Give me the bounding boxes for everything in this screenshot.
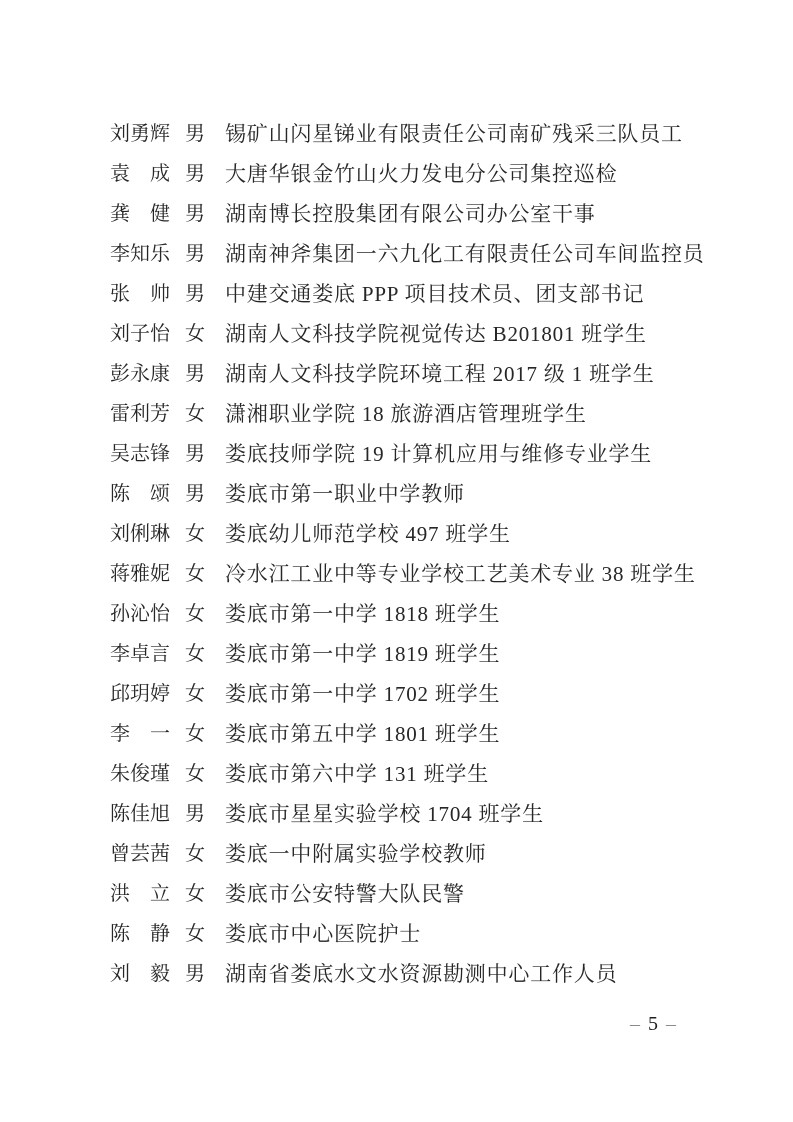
document-page: 刘勇辉 男 锡矿山闪星锑业有限责任公司南矿残采三队员工 袁 成 男 大唐华银金竹… [0,0,793,1122]
table-row: 龚 健 男 湖南博长控股集团有限公司办公室干事 [110,203,793,243]
person-gender: 男 [185,163,225,186]
page-number-left-dash: – [630,1013,640,1035]
person-description: 锡矿山闪星锑业有限责任公司南矿残采三队员工 [225,123,683,146]
person-description: 湖南博长控股集团有限公司办公室干事 [225,203,596,226]
person-name: 邱玥婷 [110,683,185,706]
person-gender: 女 [185,523,225,546]
person-gender: 女 [185,323,225,346]
page-number-right-dash: – [666,1013,676,1035]
table-row: 张 帅 男 中建交通娄底 PPP 项目技术员、团支部书记 [110,283,793,323]
person-gender: 女 [185,763,225,786]
person-name: 孙沁怡 [110,603,185,626]
person-name: 刘勇辉 [110,123,185,146]
person-gender: 男 [185,283,225,306]
page-number-value: 5 [648,1013,658,1035]
table-row: 袁 成 男 大唐华银金竹山火力发电分公司集控巡检 [110,163,793,203]
person-description: 娄底市第一中学 1819 班学生 [225,643,500,666]
person-description: 娄底市中心医院护士 [225,923,421,946]
person-name: 彭永康 [110,363,185,386]
person-description: 娄底市第一职业中学教师 [225,483,465,506]
person-name: 刘 毅 [110,963,185,986]
person-description: 娄底技师学院 19 计算机应用与维修专业学生 [225,443,652,466]
table-row: 洪 立 女 娄底市公安特警大队民警 [110,883,793,923]
person-description: 娄底市第五中学 1801 班学生 [225,723,500,746]
table-row: 吴志锋 男 娄底技师学院 19 计算机应用与维修专业学生 [110,443,793,483]
person-gender: 男 [185,363,225,386]
person-name: 袁 成 [110,163,185,186]
person-name: 洪 立 [110,883,185,906]
person-gender: 女 [185,643,225,666]
person-description: 娄底幼儿师范学校 497 班学生 [225,523,511,546]
person-name: 陈 静 [110,923,185,946]
person-gender: 女 [185,843,225,866]
person-name: 曾芸茜 [110,843,185,866]
person-name: 李 一 [110,723,185,746]
person-name: 蒋雅妮 [110,563,185,586]
person-gender: 男 [185,963,225,986]
person-gender: 男 [185,483,225,506]
person-description: 冷水江工业中等专业学校工艺美术专业 38 班学生 [225,563,696,586]
table-row: 李知乐 男 湖南神斧集团一六九化工有限责任公司车间监控员 [110,243,793,283]
table-row: 陈 静 女 娄底市中心医院护士 [110,923,793,963]
person-description: 湖南人文科技学院环境工程 2017 级 1 班学生 [225,363,655,386]
table-row: 朱俊瑾 女 娄底市第六中学 131 班学生 [110,763,793,803]
person-name: 张 帅 [110,283,185,306]
person-description: 娄底市第一中学 1818 班学生 [225,603,500,626]
table-row: 陈佳旭 男 娄底市星星实验学校 1704 班学生 [110,803,793,843]
page-number: –5– [630,1012,676,1036]
table-row: 邱玥婷 女 娄底市第一中学 1702 班学生 [110,683,793,723]
person-description: 娄底市第六中学 131 班学生 [225,763,489,786]
table-row: 曾芸茜 女 娄底一中附属实验学校教师 [110,843,793,883]
person-gender: 男 [185,443,225,466]
person-gender: 男 [185,123,225,146]
person-description: 湖南人文科技学院视觉传达 B201801 班学生 [225,323,647,346]
table-row: 李 一 女 娄底市第五中学 1801 班学生 [110,723,793,763]
person-name: 刘子怡 [110,323,185,346]
person-description: 娄底市公安特警大队民警 [225,883,465,906]
person-description: 大唐华银金竹山火力发电分公司集控巡检 [225,163,617,186]
table-row: 刘 毅 男 湖南省娄底水文水资源勘测中心工作人员 [110,963,793,1003]
table-row: 李卓言 女 娄底市第一中学 1819 班学生 [110,643,793,683]
table-row: 陈 颂 男 娄底市第一职业中学教师 [110,483,793,523]
person-description: 娄底一中附属实验学校教师 [225,843,487,866]
person-name: 李知乐 [110,243,185,266]
person-name: 龚 健 [110,203,185,226]
person-name: 吴志锋 [110,443,185,466]
person-description: 湖南省娄底水文水资源勘测中心工作人员 [225,963,617,986]
table-row: 刘子怡 女 湖南人文科技学院视觉传达 B201801 班学生 [110,323,793,363]
person-gender: 男 [185,803,225,826]
person-description: 湖南神斧集团一六九化工有限责任公司车间监控员 [225,243,705,266]
person-gender: 女 [185,403,225,426]
person-name: 陈 颂 [110,483,185,506]
table-row: 蒋雅妮 女 冷水江工业中等专业学校工艺美术专业 38 班学生 [110,563,793,603]
person-gender: 女 [185,883,225,906]
person-name: 雷利芳 [110,403,185,426]
person-name: 李卓言 [110,643,185,666]
table-row: 雷利芳 女 潇湘职业学院 18 旅游酒店管理班学生 [110,403,793,443]
person-name: 刘俐琳 [110,523,185,546]
table-row: 彭永康 男 湖南人文科技学院环境工程 2017 级 1 班学生 [110,363,793,403]
table-row: 刘俐琳 女 娄底幼儿师范学校 497 班学生 [110,523,793,563]
person-gender: 女 [185,603,225,626]
table-row: 孙沁怡 女 娄底市第一中学 1818 班学生 [110,603,793,643]
person-name: 陈佳旭 [110,803,185,826]
table-row: 刘勇辉 男 锡矿山闪星锑业有限责任公司南矿残采三队员工 [110,123,793,163]
person-gender: 女 [185,683,225,706]
person-description: 中建交通娄底 PPP 项目技术员、团支部书记 [225,283,644,306]
person-description: 娄底市第一中学 1702 班学生 [225,683,500,706]
roster-list: 刘勇辉 男 锡矿山闪星锑业有限责任公司南矿残采三队员工 袁 成 男 大唐华银金竹… [110,123,793,1003]
person-gender: 男 [185,203,225,226]
person-description: 潇湘职业学院 18 旅游酒店管理班学生 [225,403,587,426]
person-gender: 女 [185,723,225,746]
person-gender: 女 [185,923,225,946]
person-gender: 男 [185,243,225,266]
person-description: 娄底市星星实验学校 1704 班学生 [225,803,544,826]
person-gender: 女 [185,563,225,586]
person-name: 朱俊瑾 [110,763,185,786]
